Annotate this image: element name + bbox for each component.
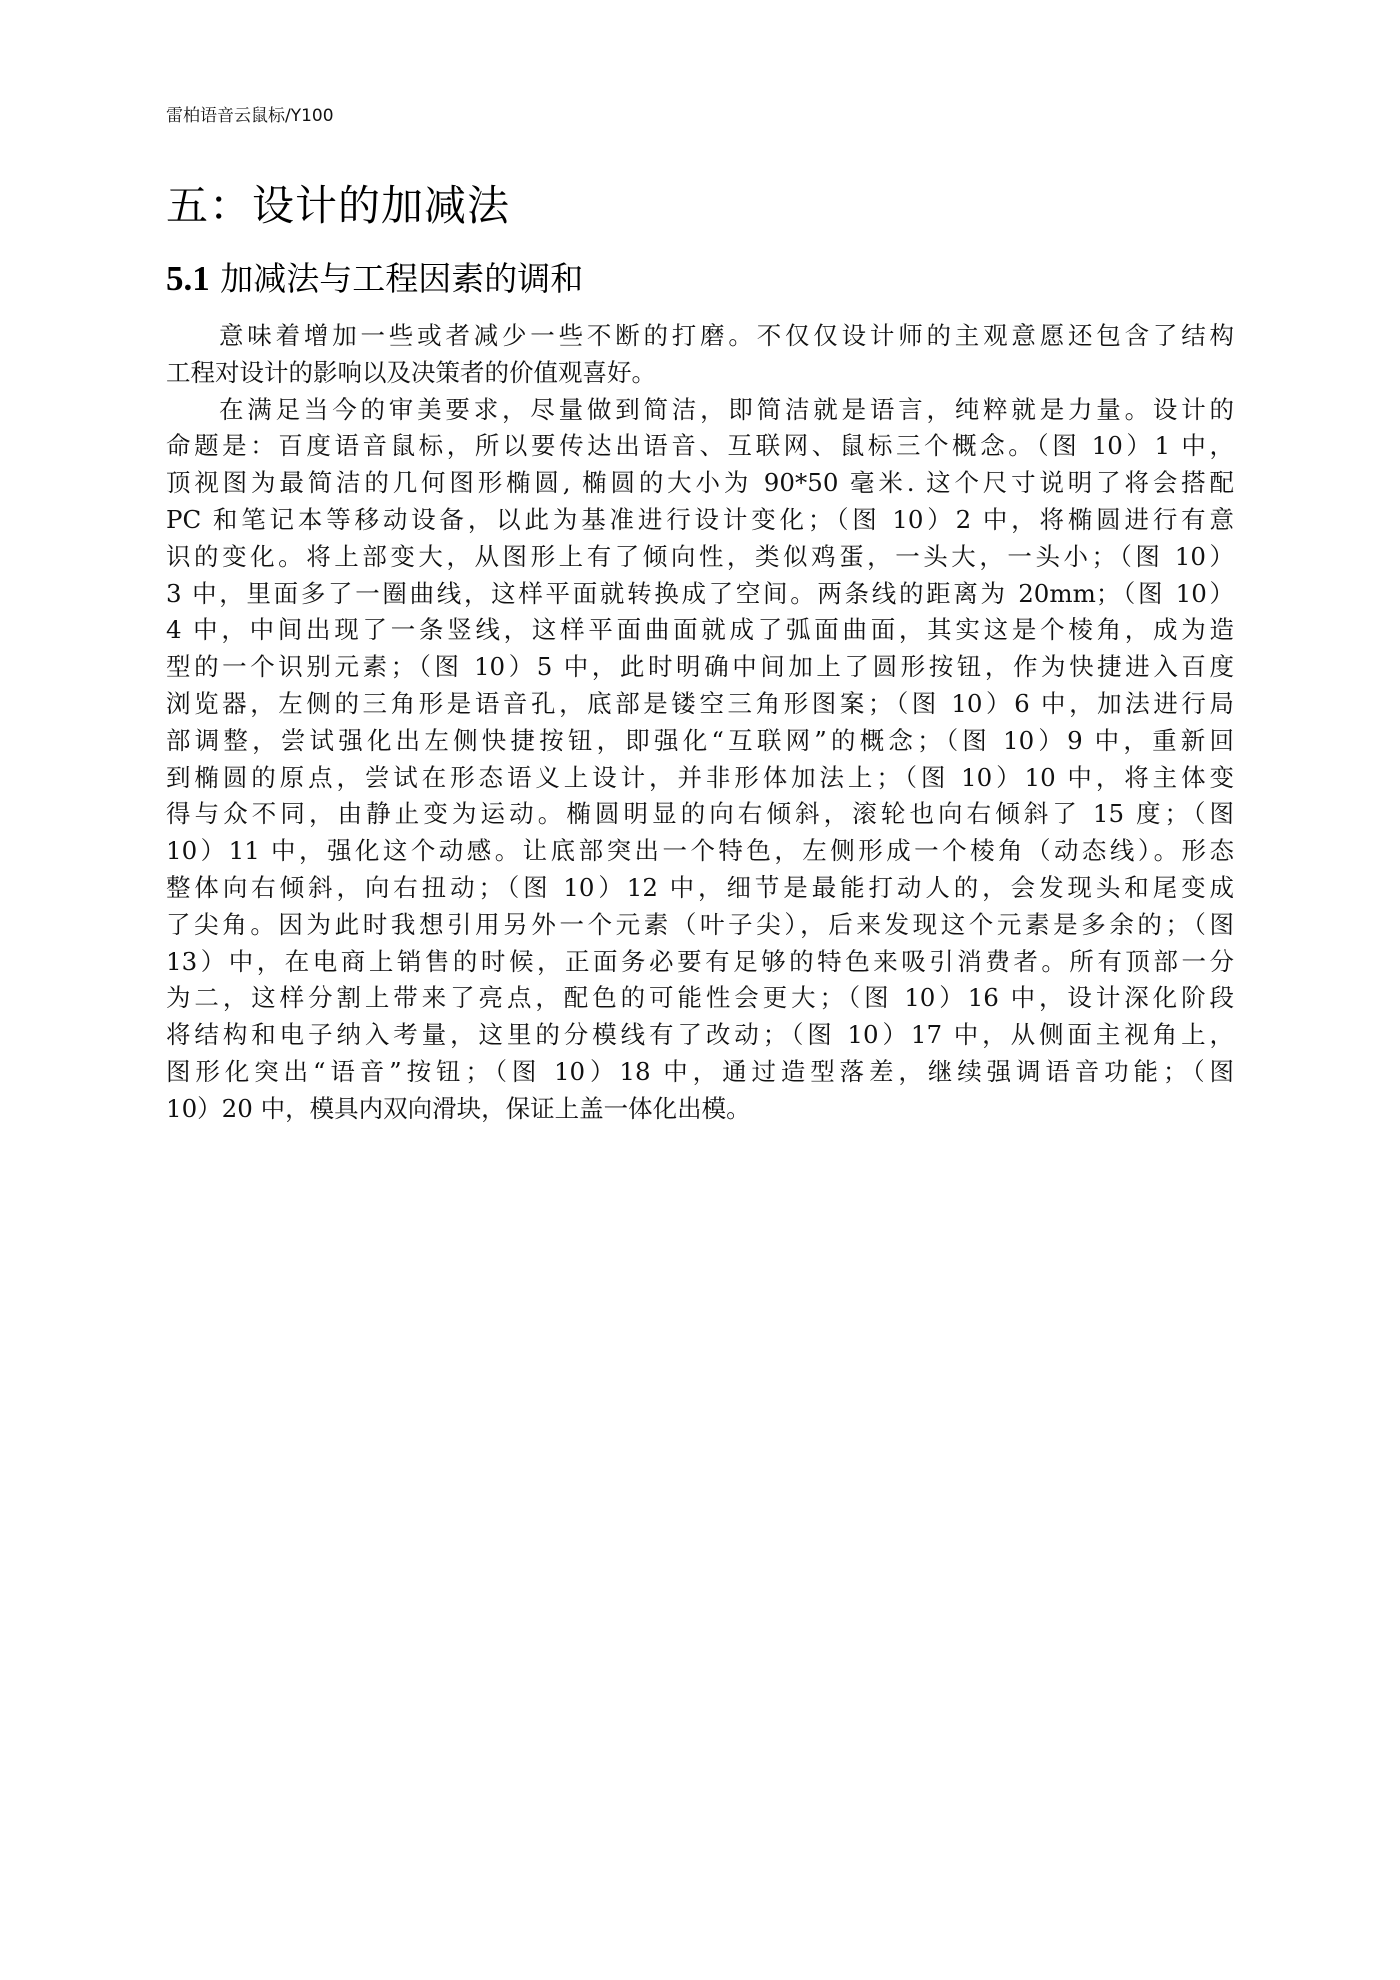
paragraph-1-line: 工程对设计的影响以及决策者的价值观喜好。 xyxy=(166,355,1234,392)
running-header: 雷柏语音云鼠标/Y100 xyxy=(166,105,334,127)
paragraph-1-line: 意味着增加一些或者减少一些不断的打磨。不仅仅设计师的主观意愿还包含了结构 xyxy=(166,318,1234,355)
paragraph-2-line: 命题是：百度语音鼠标，所以要传达出语音、互联网、鼠标三个概念。（图 10）1 中… xyxy=(166,428,1234,465)
paragraph-2-line: 图形化突出“语音”按钮；（图 10）18 中，通过造型落差，继续强调语音功能；（… xyxy=(166,1054,1234,1091)
paragraph-2-line: 部调整，尝试强化出左侧快捷按钮，即强化“互联网”的概念；（图 10）9 中，重新… xyxy=(166,723,1234,760)
paragraph-2-line: 4 中，中间出现了一条竖线，这样平面曲面就成了弧面曲面，其实这是个棱角，成为造 xyxy=(166,612,1234,649)
paragraph-2-line: 10）11 中，强化这个动感。让底部突出一个特色，左侧形成一个棱角（动态线）。形… xyxy=(166,833,1234,870)
paragraph-2-line: 得与众不同，由静止变为运动。椭圆明显的向右倾斜，滚轮也向右倾斜了 15 度；（图 xyxy=(166,796,1234,833)
paragraph-2-line: 在满足当今的审美要求，尽量做到简洁，即简洁就是语言，纯粹就是力量。设计的 xyxy=(166,392,1234,429)
section-number: 5.1 xyxy=(166,259,210,298)
paragraph-2-line: 浏览器，左侧的三角形是语音孔，底部是镂空三角形图案；（图 10）6 中，加法进行… xyxy=(166,686,1234,723)
section-title: 5.1 加减法与工程因素的调和 xyxy=(166,258,583,300)
paragraph-2-line: 10）20 中，模具内双向滑块，保证上盖一体化出模。 xyxy=(166,1091,1234,1128)
paragraph-2-line: 型的一个识别元素；（图 10）5 中，此时明确中间加上了圆形按钮，作为快捷进入百… xyxy=(166,649,1234,686)
document-page: 雷柏语音云鼠标/Y100 五：设计的加减法 5.1 加减法与工程因素的调和 意味… xyxy=(0,0,1400,1980)
paragraph-2-line: 3 中，里面多了一圈曲线，这样平面就转换成了空间。两条线的距离为 20mm；（图… xyxy=(166,576,1234,613)
paragraph-2-line: 13）中，在电商上销售的时候，正面务必要有足够的特色来吸引消费者。所有顶部一分 xyxy=(166,944,1234,981)
paragraph-2-line: 识的变化。将上部变大，从图形上有了倾向性，类似鸡蛋，一头大，一头小；（图 10） xyxy=(166,539,1234,576)
paragraph-2-line: 将结构和电子纳入考量，这里的分模线有了改动；（图 10）17 中，从侧面主视角上… xyxy=(166,1017,1234,1054)
chapter-title: 五：设计的加减法 xyxy=(166,178,510,234)
body-text: 意味着增加一些或者减少一些不断的打磨。不仅仅设计师的主观意愿还包含了结构 工程对… xyxy=(166,318,1234,1128)
paragraph-2-line: 了尖角。因为此时我想引用另外一个元素（叶子尖），后来发现这个元素是多余的；（图 xyxy=(166,907,1234,944)
paragraph-2-line: 整体向右倾斜，向右扭动；（图 10）12 中，细节是最能打动人的，会发现头和尾变… xyxy=(166,870,1234,907)
section-title-text: 加减法与工程因素的调和 xyxy=(220,259,583,298)
paragraph-2-line: 顶视图为最简洁的几何图形椭圆, 椭圆的大小为 90*50 毫米. 这个尺寸说明了… xyxy=(166,465,1234,502)
paragraph-2-line: 到椭圆的原点，尝试在形态语义上设计，并非形体加法上；（图 10）10 中，将主体… xyxy=(166,760,1234,797)
paragraph-2-line: 为二，这样分割上带来了亮点，配色的可能性会更大；（图 10）16 中，设计深化阶… xyxy=(166,980,1234,1017)
paragraph-2-line: PC 和笔记本等移动设备，以此为基准进行设计变化；（图 10）2 中，将椭圆进行… xyxy=(166,502,1234,539)
